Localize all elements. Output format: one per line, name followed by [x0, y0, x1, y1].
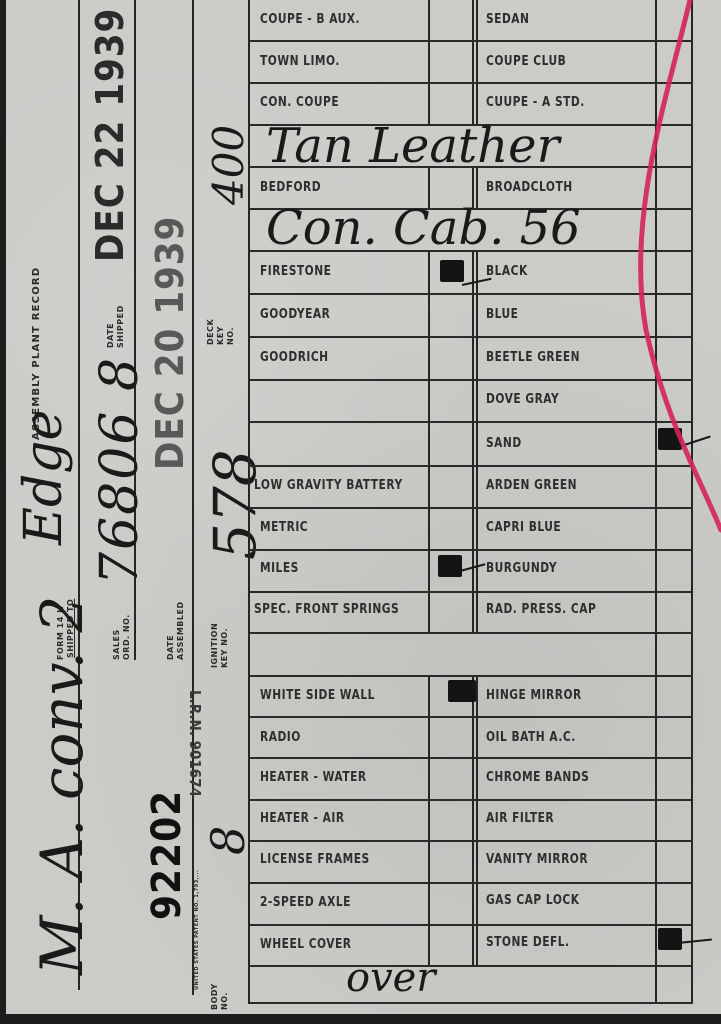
row-line	[248, 549, 693, 551]
row-line	[248, 882, 693, 884]
row-line	[248, 421, 693, 423]
center-divider-double	[476, 250, 478, 632]
option-white-side-wall: WHITE SIDE WALL	[260, 688, 375, 703]
shipped-to-value: Edge	[14, 410, 74, 545]
row-line	[248, 465, 693, 467]
body-no-label: BODY NO.	[210, 984, 230, 1010]
row-line	[248, 40, 693, 42]
option-black: BLACK	[486, 264, 528, 279]
option-vanity-mirror: VANITY MIRROR	[486, 852, 588, 867]
option-oil-bath-ac: OIL BATH A.C.	[486, 730, 576, 745]
check-mark-miles[interactable]	[438, 555, 462, 577]
row-line	[248, 632, 693, 634]
check-mark-white-side-wall[interactable]	[448, 680, 476, 702]
center-divider-double	[476, 675, 478, 965]
option-town-limo: TOWN LIMO.	[260, 54, 340, 69]
center-divider	[472, 250, 474, 632]
date-assembled-label: DATE ASSEMBLED	[166, 610, 186, 660]
model-handwritten: M. A. conv. 2	[28, 596, 96, 975]
row-line	[248, 675, 693, 677]
deck-key-label: DECK KEY NO.	[206, 305, 236, 345]
option-heater-air: HEATER - AIR	[260, 811, 345, 826]
table-right-border	[691, 0, 693, 1004]
option-firestone: FIRESTONE	[260, 264, 331, 279]
option-coupe-a-std: CUUPE - A STD.	[486, 95, 585, 110]
option-low-gravity-battery: LOW GRAVITY BATTERY	[254, 478, 403, 493]
handwritten-upholstery: Tan Leather	[266, 118, 560, 174]
option-dove-gray: DOVE GRAY	[486, 392, 559, 407]
option-con-coupe: CON. COUPE	[260, 95, 339, 110]
row-line	[248, 82, 693, 84]
option-miles: MILES	[260, 561, 299, 576]
row-line	[248, 924, 693, 926]
option-blue: BLUE	[486, 307, 518, 322]
deck-key-value: 400	[204, 125, 253, 205]
table-bottom-border	[248, 1002, 693, 1004]
date-shipped-value: DEC 22 1939	[88, 8, 132, 262]
option-coupe-club: COUPE CLUB	[486, 54, 566, 69]
option-bedford: BEDFORD	[260, 180, 321, 195]
option-capri-blue: CAPRI BLUE	[486, 520, 561, 535]
center-divider	[472, 675, 474, 965]
check-mark-firestone[interactable]	[440, 260, 464, 282]
ignition-key-label: IGNITION KEY NO.	[210, 618, 230, 668]
option-beetle-green: BEETLE GREEN	[486, 350, 580, 365]
check-tick	[678, 938, 712, 944]
row-line	[248, 757, 693, 759]
right-check-column-start	[655, 0, 657, 1004]
row-line	[248, 379, 693, 381]
option-chrome-bands: CHROME BANDS	[486, 770, 589, 785]
sales-ord-label: SALES ORD. NO.	[112, 610, 132, 660]
option-sedan: SEDAN	[486, 12, 529, 27]
row-line	[248, 799, 693, 801]
option-sand: SAND	[486, 436, 522, 451]
option-rad-press-cap: RAD. PRESS. CAP	[486, 602, 596, 617]
option-radio: RADIO	[260, 730, 301, 745]
assembly-plant-record-card: ASSEMBLY PLANT RECORD FORM 14 H SHIPPED …	[6, 0, 721, 1014]
option-license-frames: LICENSE FRAMES	[260, 852, 370, 867]
option-wheel-cover: WHEEL COVER	[260, 937, 352, 952]
left-check-divider	[428, 675, 430, 965]
handwritten-over: over	[346, 955, 435, 1001]
option-heater-water: HEATER - WATER	[260, 770, 367, 785]
date-assembled-value: DEC 20 1939	[148, 216, 192, 470]
patent-text: UNITED STATES PATENT NO. 1,793,...	[192, 870, 202, 990]
row-line	[248, 840, 693, 842]
option-stone-defl: STONE DEFL.	[486, 935, 570, 950]
option-goodyear: GOODYEAR	[260, 307, 330, 322]
left-column-divider-3	[192, 0, 194, 995]
body-handwritten-value: 8	[201, 826, 255, 855]
option-goodrich: GOODRICH	[260, 350, 329, 365]
date-shipped-label: DATE SHIPPED	[106, 308, 126, 348]
row-line	[248, 336, 693, 338]
row-line	[248, 293, 693, 295]
check-mark-stone-defl[interactable]	[658, 928, 682, 950]
row-line	[248, 507, 693, 509]
option-2-speed-axle: 2-SPEED AXLE	[260, 895, 351, 910]
option-burgundy: BURGUNDY	[486, 561, 557, 576]
left-check-divider	[428, 250, 430, 632]
lrn-number: L.R.N. 901674	[186, 690, 204, 797]
option-broadcloth: BROADCLOTH	[486, 180, 573, 195]
option-metric: METRIC	[260, 520, 308, 535]
row-line	[248, 716, 693, 718]
sales-ord-value: 76806 8	[90, 356, 150, 585]
table-left-border	[248, 0, 250, 1004]
option-air-filter: AIR FILTER	[486, 811, 554, 826]
option-hinge-mirror: HINGE MIRROR	[486, 688, 582, 703]
option-coupe-b-aux: COUPE - B AUX.	[260, 12, 360, 27]
row-line	[248, 591, 693, 593]
option-spec-front-springs: SPEC. FRONT SPRINGS	[254, 602, 399, 617]
check-tick	[678, 436, 711, 448]
handwritten-body-type: Con. Cab. 56	[266, 200, 581, 256]
left-check-column-start	[428, 0, 430, 124]
center-divider	[472, 0, 474, 124]
option-arden-green: ARDEN GREEN	[486, 478, 577, 493]
options-table: COUPE - B AUX. SEDAN TOWN LIMO. COUPE CL…	[248, 0, 693, 1004]
center-divider-double	[476, 0, 478, 124]
row-line	[248, 965, 693, 967]
option-gas-cap-lock: GAS CAP LOCK	[486, 893, 579, 908]
body-number-value: 92202	[144, 790, 190, 920]
